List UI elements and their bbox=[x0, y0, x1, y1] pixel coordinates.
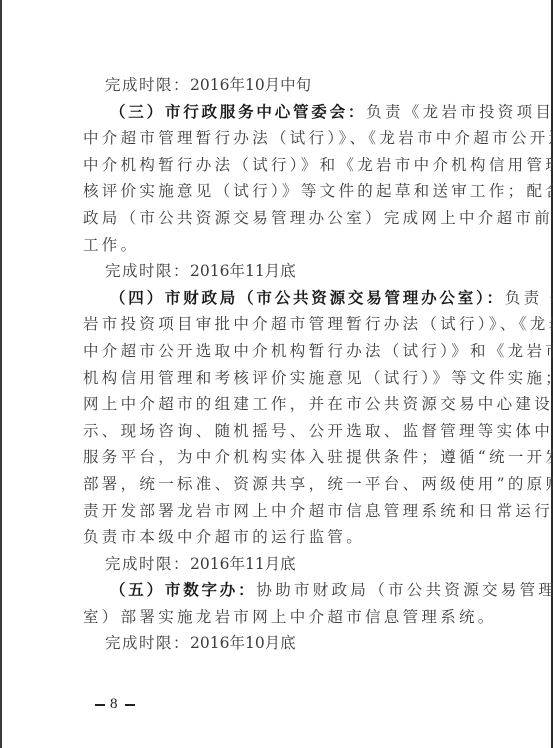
body-line: 网上中介超市的组建工作，并在市公共资源交易中心建设信息展 bbox=[83, 391, 477, 418]
deadline-label: 完成时限： bbox=[105, 634, 190, 652]
deadline-value: 2016年10月中旬 bbox=[190, 76, 311, 94]
deadline-line: 完成时限：2016年11月底 bbox=[83, 258, 477, 285]
deadline-value: 2016年10月底 bbox=[190, 634, 296, 652]
dash-right bbox=[125, 704, 135, 706]
body-line: 中介机构暂行办法（试行）》和《龙岩市中介机构信用管理和考 bbox=[83, 152, 477, 179]
document-page: 完成时限：2016年10月中旬 （三）市行政服务中心管委会：负责《龙岩市投资项目… bbox=[0, 0, 553, 748]
body-line: 责开发部署龙岩市网上中介超市信息管理系统和日常运行维护； bbox=[83, 498, 477, 525]
body-line: 工作。 bbox=[83, 232, 477, 259]
body-line: 核评价实施意见（试行）》等文件的起草和送审工作；配合市财 bbox=[83, 178, 477, 205]
section-heading-line: （五）市数字办：协助市财政局（市公共资源交易管理办公 bbox=[83, 577, 477, 604]
deadline-label: 完成时限： bbox=[105, 555, 190, 573]
page-number: 8 bbox=[90, 696, 140, 713]
document-body: 完成时限：2016年10月中旬 （三）市行政服务中心管委会：负责《龙岩市投资项目… bbox=[83, 72, 477, 657]
body-line: 负责市本级中介超市的运行监管。 bbox=[83, 524, 477, 551]
deadline-label: 完成时限： bbox=[105, 76, 190, 94]
body-line: 岩市投资项目审批中介超市管理暂行办法（试行）》、《龙岩市 bbox=[83, 311, 477, 338]
section-heading-5: （五）市数字办： bbox=[110, 580, 256, 599]
body-line: 中介超市公开选取中介机构暂行办法（试行）》和《龙岩市中介 bbox=[83, 338, 477, 365]
deadline-label: 完成时限： bbox=[105, 262, 190, 280]
deadline-line: 完成时限：2016年10月中旬 bbox=[83, 72, 477, 99]
section-text: 负责《龙 bbox=[505, 289, 553, 307]
body-line: 室）部署实施龙岩市网上中介超市信息管理系统。 bbox=[83, 604, 477, 631]
dash-left bbox=[95, 704, 105, 706]
section-heading-3: （三）市行政服务中心管委会： bbox=[110, 102, 366, 121]
body-line: 服务平台，为中介机构实体入驻提供条件；遵循“统一开发、集中 bbox=[83, 444, 477, 471]
section-text: 负责《龙岩市投资项目审批 bbox=[366, 103, 553, 121]
deadline-line: 完成时限：2016年11月底 bbox=[83, 551, 477, 578]
section-heading-line: （三）市行政服务中心管委会：负责《龙岩市投资项目审批 bbox=[83, 99, 477, 126]
page-number-value: 8 bbox=[110, 696, 120, 712]
body-line: 部署，统一标准、资源共享，统一平台、两级使用”的原则， 负 bbox=[83, 471, 477, 498]
section-heading-line: （四）市财政局（市公共资源交易管理办公室）：负责《龙 bbox=[83, 285, 477, 312]
body-line: 机构信用管理和考核评价实施意见（试行）》等文件实施；负责 bbox=[83, 365, 477, 392]
section-heading-4: （四）市财政局（市公共资源交易管理办公室）： bbox=[110, 288, 505, 307]
body-line: 政局（市公共资源交易管理办公室）完成网上中介超市前期组建 bbox=[83, 205, 477, 232]
deadline-line: 完成时限：2016年10月底 bbox=[83, 630, 477, 657]
section-text: 协助市财政局（市公共资源交易管理办公 bbox=[256, 581, 553, 599]
deadline-value: 2016年11月底 bbox=[190, 555, 296, 573]
deadline-value: 2016年11月底 bbox=[190, 262, 296, 280]
body-line: 中介超市管理暂行办法（试行）》、《龙岩市中介超市公开选取 bbox=[83, 125, 477, 152]
body-line: 示、现场咨询、随机摇号、公开选取、监督管理等实体中介超市 bbox=[83, 418, 477, 445]
